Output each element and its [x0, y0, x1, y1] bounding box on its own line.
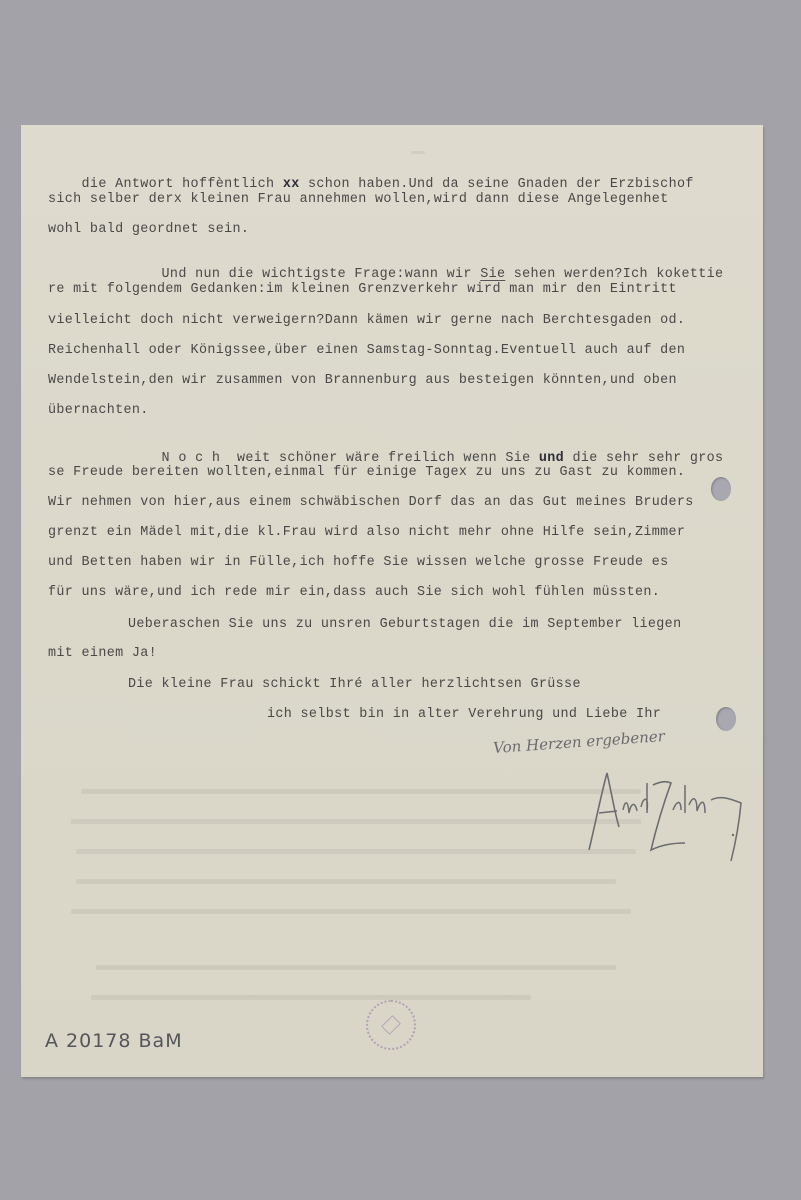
text-line-16: Ueberaschen Sie uns zu unsren Geburtstag… — [128, 617, 681, 632]
archive-number: A 20178 BaM — [45, 1030, 183, 1052]
strikeout: xx — [283, 177, 300, 192]
text-fragment: sehen werden?Ich kokettie — [505, 267, 723, 282]
bleed-through-line — [91, 995, 531, 1000]
text-line-11: se Freude bereiten wollten,einmal für ei… — [48, 465, 685, 480]
text-line-12: Wir nehmen von hier,aus einem schwäbisch… — [48, 495, 694, 510]
text-fragment: schon haben.Und da seine Gnaden der Erzb… — [300, 177, 694, 192]
text-line-14: und Betten haben wir in Fülle,ich hoffe … — [48, 555, 669, 570]
text-line-7: Reichenhall oder Königssee,über einen Sa… — [48, 343, 685, 358]
text-line-19: ich selbst bin in alter Verehrung und Li… — [267, 707, 661, 722]
text-fragment: die sehr sehr gros — [564, 451, 723, 466]
stamp-center-mark — [381, 1015, 401, 1035]
text-line-13: grenzt ein Mädel mit,die kl.Frau wird al… — [48, 525, 685, 540]
text-line-5: re mit folgendem Gedanken:im kleinen Gre… — [48, 282, 677, 297]
punch-hole-bottom — [716, 707, 736, 731]
text-line-2: sich selber derx kleinen Frau annehmen w… — [48, 192, 669, 207]
text-line-17: mit einem Ja! — [48, 646, 157, 661]
punch-hole-top — [711, 477, 731, 501]
text-line-3: wohl bald geordnet sein. — [48, 222, 249, 237]
bleed-through-line — [81, 789, 641, 794]
text-fragment: die Antwort hoffèntlich — [82, 177, 283, 192]
letter-page: die Antwort hoffèntlich xx schon haben.U… — [21, 125, 763, 1077]
text-fragment: N o c h weit schöner wäre freilich wenn … — [162, 451, 539, 466]
text-line-18: Die kleine Frau schickt Ihré aller herzl… — [128, 677, 581, 692]
underlined-word: Sie — [480, 267, 505, 282]
strikeout: und — [539, 451, 564, 466]
bleed-through-line — [71, 819, 641, 824]
bleed-through-line — [71, 909, 631, 914]
text-line-15: für uns wäre,und ich rede mir ein,dass a… — [48, 585, 660, 600]
library-stamp — [366, 1000, 416, 1050]
bleed-through-line — [76, 849, 636, 854]
bleed-through-line — [76, 879, 616, 884]
text-line-9: übernachten. — [48, 403, 149, 418]
text-line-6: vielleicht doch nicht verweigern?Dann kä… — [48, 313, 685, 328]
handwritten-closing: Von Herzen ergebener — [493, 727, 666, 757]
text-line-8: Wendelstein,den wir zusammen von Brannen… — [48, 373, 677, 388]
text-fragment: Und nun die wichtigste Frage:wann wir — [162, 267, 481, 282]
bleed-through-line — [96, 965, 616, 970]
top-smudge — [411, 151, 425, 154]
